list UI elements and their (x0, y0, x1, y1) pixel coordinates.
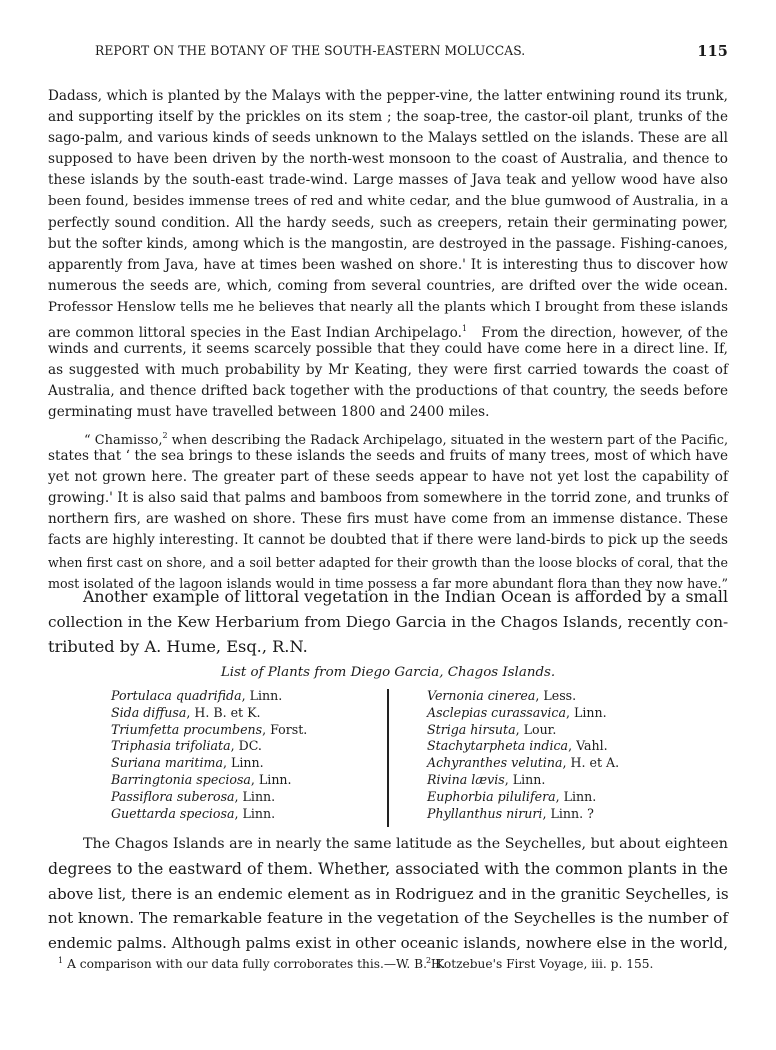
text-line: facts are highly interesting. It cannot … (48, 530, 728, 551)
authority: , Linn. (556, 789, 597, 804)
text-line: been found, besides immense trees of red… (48, 191, 728, 212)
plant-entry: Barringtonia speciosa, Linn. (111, 772, 307, 789)
plant-entry: Passiflora suberosa, Linn. (111, 789, 307, 806)
text-line: supposed to have been driven by the nort… (48, 149, 728, 170)
plant-entry: Sida diffusa, H. B. et K. (111, 705, 307, 722)
footnote-mark: 2 (426, 956, 431, 965)
text-line: northern firs, are washed on shore. Thes… (48, 509, 728, 530)
text-line: Professor Henslow tells me he believes t… (48, 297, 728, 318)
species-name: Triumfetta procumbens (111, 722, 262, 737)
authority: , Forst. (262, 722, 307, 737)
plant-entry: Suriana maritima, Linn. (111, 755, 307, 772)
text-line: winds and currents, it seems scarcely po… (48, 339, 728, 360)
authority: , Linn. (251, 772, 292, 787)
species-name: Guettarda speciosa (111, 806, 234, 821)
plant-entry: Phyllanthus niruri, Linn. ? (427, 806, 619, 823)
plant-list-left-column: Portulaca quadrifida, Linn. Sida diffusa… (111, 688, 307, 822)
text-line: growing.' It is also said that palms and… (48, 488, 728, 509)
text-line: as suggested with much probability by Mr… (48, 360, 728, 381)
plant-list-title: List of Plants from Diego Garcia, Chagos… (0, 665, 776, 680)
species-name: Triphasia trifoliata (111, 738, 231, 753)
authority: , Vahl. (568, 738, 608, 753)
paragraph-chagos-seychelles: The Chagos Islands are in nearly the sam… (48, 832, 728, 956)
plant-entry: Vernonia cinerea, Less. (427, 688, 619, 705)
species-name: Rivina lævis (427, 772, 505, 787)
footnote-mark: 1 (58, 956, 63, 965)
species-name: Passiflora suberosa (111, 789, 235, 804)
paragraph-chamisso-quote: “ Chamisso,2 when describing the Radack … (48, 425, 728, 594)
text-line: but the softer kinds, among which is the… (48, 234, 728, 255)
footnote-text: A comparison with our data fully corrobo… (67, 957, 445, 971)
plant-entry: Guettarda speciosa, Linn. (111, 806, 307, 823)
text-line: perfectly sound condition. All the hardy… (48, 213, 728, 234)
running-head-title: REPORT ON THE BOTANY OF THE SOUTH-EASTER… (95, 44, 525, 59)
plant-entry: Portulaca quadrifida, Linn. (111, 688, 307, 705)
column-divider (387, 689, 389, 827)
species-name: Sida diffusa (111, 705, 186, 720)
text-line: yet not grown here. The greater part of … (48, 467, 728, 488)
plant-list-right-column: Vernonia cinerea, Less. Asclepias curass… (427, 688, 619, 822)
page-number: 115 (697, 43, 728, 60)
text-line: sago-palm, and various kinds of seeds un… (48, 128, 728, 149)
text-line: degrees to the eastward of them. Whether… (48, 857, 728, 882)
species-name: Barringtonia speciosa (111, 772, 251, 787)
species-name: Vernonia cinerea (427, 688, 535, 703)
text-line: germinating must have travelled between … (48, 402, 728, 423)
running-head: REPORT ON THE BOTANY OF THE SOUTH-EASTER… (48, 44, 728, 64)
footnote-1: 1A comparison with our data fully corrob… (58, 956, 445, 971)
plant-entry: Asclepias curassavica, Linn. (427, 705, 619, 722)
footnote-2: 2Kotzebue's First Voyage, iii. p. 155. (426, 956, 653, 971)
plant-entry: Stachytarpheta indica, Vahl. (427, 738, 619, 755)
paragraph-diego-garcia: Another example of littoral vegetation i… (48, 585, 728, 659)
text-line: states that ‘ the sea brings to these is… (48, 446, 728, 467)
species-name: Asclepias curassavica (427, 705, 566, 720)
authority: , Linn. (505, 772, 546, 787)
authority: , Linn. (234, 806, 275, 821)
plant-entry: Achyranthes velutina, H. et A. (427, 755, 619, 772)
authority: , Lour. (516, 722, 557, 737)
text-line: Dadass, which is planted by the Malays w… (48, 86, 728, 107)
authority: , DC. (231, 738, 262, 753)
text-line: The Chagos Islands are in nearly the sam… (48, 832, 728, 857)
text-line: these islands by the south-east trade-wi… (48, 170, 728, 191)
authority: , Linn. (235, 789, 276, 804)
text-line: Australia, and thence drifted back toget… (48, 381, 728, 402)
text-line: collection in the Kew Herbarium from Die… (48, 610, 728, 635)
text-line: Another example of littoral vegetation i… (48, 585, 728, 610)
authority: , Linn. (566, 705, 607, 720)
text-line: endemic palms. Although palms exist in o… (48, 931, 728, 956)
text-line-with-footnote: are common littoral species in the East … (48, 318, 728, 339)
plant-entry: Triumfetta procumbens, Forst. (111, 722, 307, 739)
species-name: Achyranthes velutina (427, 755, 563, 770)
paragraph-quote-continued: Dadass, which is planted by the Malays w… (48, 86, 728, 424)
species-name: Portulaca quadrifida (111, 688, 242, 703)
plant-entry: Rivina lævis, Linn. (427, 772, 619, 789)
text-line: numerous the seeds are, which, coming fr… (48, 276, 728, 297)
species-name: Stachytarpheta indica (427, 738, 568, 753)
text-line: apparently from Java, have at times been… (48, 255, 728, 276)
text-line-with-footnote: “ Chamisso,2 when describing the Radack … (48, 425, 728, 446)
species-name: Phyllanthus niruri (427, 806, 542, 821)
text-line: when first cast on shore, and a soil bet… (48, 552, 728, 573)
authority: , H. et A. (563, 755, 620, 770)
authority: , Linn. ? (542, 806, 593, 821)
text-line: tributed by A. Hume, Esq., R.N. (48, 635, 728, 660)
authority: , H. B. et K. (186, 705, 260, 720)
authority: , Linn. (223, 755, 264, 770)
text-line: above list, there is an endemic element … (48, 882, 728, 907)
plant-entry: Euphorbia pilulifera, Linn. (427, 789, 619, 806)
text-line: and supporting itself by the prickles on… (48, 107, 728, 128)
plant-entry: Triphasia trifoliata, DC. (111, 738, 307, 755)
text-line: not known. The remarkable feature in the… (48, 906, 728, 931)
footnote-text: Kotzebue's First Voyage, iii. p. 155. (435, 957, 653, 971)
plant-entry: Striga hirsuta, Lour. (427, 722, 619, 739)
authority: , Less. (535, 688, 576, 703)
species-name: Suriana maritima (111, 755, 223, 770)
species-name: Euphorbia pilulifera (427, 789, 556, 804)
species-name: Striga hirsuta (427, 722, 516, 737)
authority: , Linn. (242, 688, 283, 703)
